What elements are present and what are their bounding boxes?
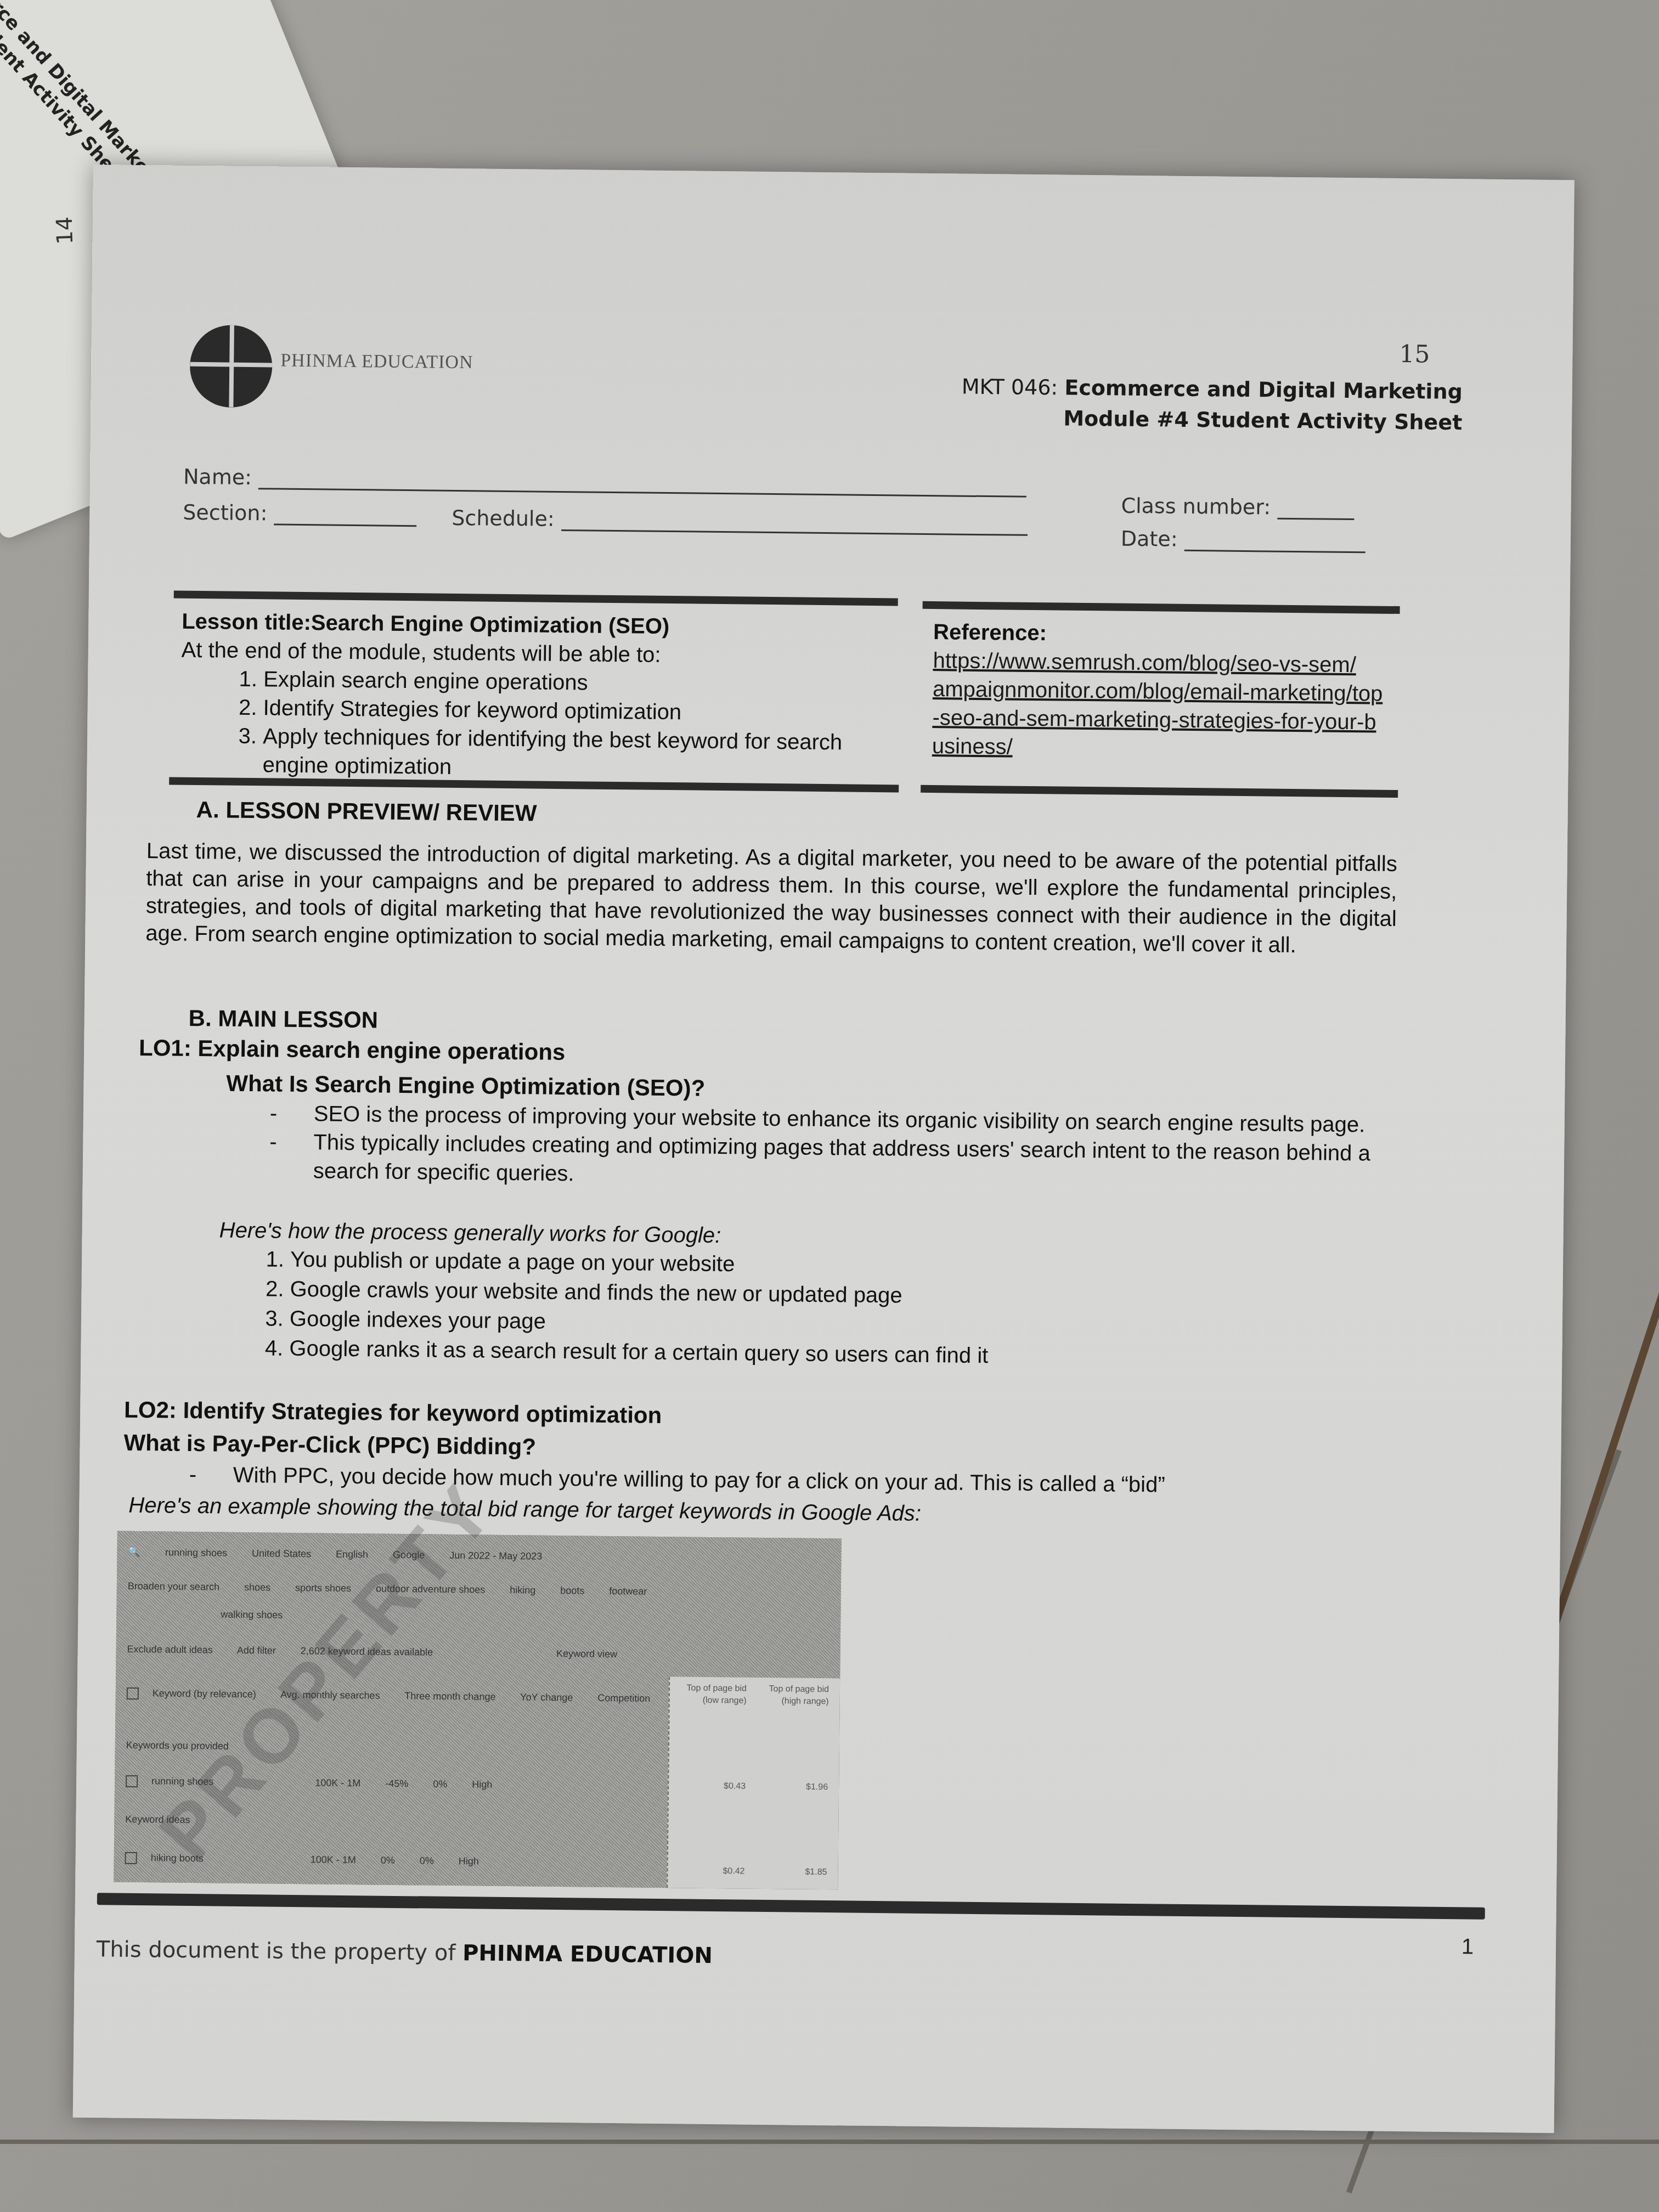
lo1-heading: LO1: Explain search engine operations [139,1035,566,1065]
bid-range-columns: Top of page bid (low range) Top of page … [667,1677,840,1889]
seo-question-heading: What Is Search Engine Optimization (SEO)… [226,1070,705,1102]
footer-text: This document is the property of [97,1937,456,1966]
refine-chips-row2: walking shoes [221,1609,304,1622]
phinma-logo-icon [189,325,273,408]
three-month-cell: 0% [381,1855,395,1866]
bid-low-header: Top of page bid (low range) [675,1682,747,1707]
section-b-heading: B. MAIN LESSON [188,1005,378,1034]
class-number-field[interactable]: Class number: [1121,494,1354,520]
competition-cell: High [472,1779,492,1790]
bid-high-header: Top of page bid (high range) [758,1683,829,1708]
section-field[interactable]: Section: [183,500,417,527]
reference-link[interactable]: https://www.semrush.com/blog/seo-vs-sem/ [933,646,1388,680]
bullet-item: This typically includes creating and opt… [269,1127,1395,1196]
handwritten-score: 14 [52,216,78,245]
class-number-blank[interactable] [1277,501,1354,520]
module-title: Module #4 Student Activity Sheet [1063,407,1462,435]
bid-high-value: $1.96 [757,1782,828,1792]
date-label: Date: [1121,527,1178,551]
example-intro: Here's an example showing the total bid … [128,1492,921,1527]
objective-item: Apply techniques for identifying the bes… [262,722,894,786]
checkbox-icon [126,1775,138,1787]
section-blank[interactable] [274,507,416,527]
date-blank[interactable] [1184,533,1365,553]
divider-bar [174,591,898,606]
column-header: Keyword (by relevance) [153,1688,256,1700]
ads-toolbar: 🔍 running shoes United States English Go… [128,1547,564,1562]
broaden-label: Broaden your search [128,1581,219,1593]
seo-bullets: SEO is the process of improving your web… [269,1099,1395,1196]
schedule-label: Schedule: [452,506,555,531]
reference-title: Reference: [933,618,1389,651]
name-blank[interactable] [258,471,1026,498]
refine-chip: shoes [244,1582,270,1593]
searches-cell: 100K - 1M [315,1777,360,1788]
ppc-question-heading: What is Pay-Per-Click (PPC) Bidding? [123,1430,536,1460]
ads-location: United States [252,1548,311,1559]
page-number: 1 [1462,1934,1474,1959]
course-title: Ecommerce and Digital Marketing [1064,376,1463,404]
schedule-blank[interactable] [561,513,1028,536]
ads-language: English [336,1549,368,1560]
bid-low-value: $0.43 [674,1781,746,1791]
search-icon: 🔍 [128,1547,140,1558]
refine-chip: boots [560,1585,584,1596]
yoy-cell: 0% [433,1779,447,1790]
yoy-cell: 0% [420,1855,434,1866]
lo2-heading: LO2: Identify Strategies for keyword opt… [124,1397,662,1429]
filter-chip: Exclude adult ideas [127,1644,213,1656]
keyword-row: hiking boots 100K - 1M 0% 0% High [125,1852,501,1868]
name-field[interactable]: Name: [183,465,1026,498]
class-number-label: Class number: [1121,494,1271,520]
searches-cell: 100K - 1M [311,1854,356,1865]
footer-brand: PHINMA EDUCATION [462,1940,713,1968]
lesson-preview-paragraph: Last time, we discussed the introduction… [145,837,1397,960]
section-label: Section: [183,500,267,526]
schedule-field[interactable]: Schedule: [452,506,1028,536]
footer-ownership: This document is the property of PHINMA … [97,1937,713,1968]
course-code: MKT 046: [962,375,1058,400]
keyword-view: Keyword view [556,1648,617,1660]
divider-bar [921,785,1398,798]
name-label: Name: [183,465,252,489]
column-header: Three month change [404,1690,495,1702]
refine-chip: hiking [510,1584,535,1595]
add-filter: Add filter [237,1645,276,1656]
checkbox-icon [127,1688,139,1700]
competition-cell: High [459,1855,479,1866]
logo-text: PHINMA EDUCATION [280,351,473,374]
handwritten-score: 15 [1399,340,1430,369]
refine-chip: walking shoes [221,1609,283,1621]
date-field[interactable]: Date: [1121,527,1365,554]
tile-grout [0,2140,1659,2144]
column-header: YoY change [520,1691,573,1703]
refine-chip: footwear [609,1585,647,1597]
divider-bar [923,601,1400,614]
bid-high-value: $1.85 [755,1867,827,1877]
activity-sheet-page: PHINMA EDUCATION 15 MKT 046: Ecommerce a… [73,165,1575,2133]
bid-low-value: $0.42 [673,1866,744,1876]
document-header: MKT 046: Ecommerce and Digital Marketing… [961,371,1463,438]
ads-search-value: running shoes [165,1547,227,1559]
three-month-cell: -45% [385,1778,408,1789]
objectives-list: Explain search engine operations Identif… [180,664,894,786]
google-process-steps: You publish or update a page on your web… [245,1244,989,1370]
checkbox-icon [125,1852,137,1864]
footer-divider [97,1893,1485,1919]
lesson-objectives-box: Lesson title:Search Engine Optimization … [180,607,895,786]
section-a-heading: A. LESSON PREVIEW/ REVIEW [196,797,537,826]
column-header: Competition [597,1692,650,1704]
reference-box: Reference: https://www.semrush.com/blog/… [932,618,1389,765]
reference-link[interactable]: ampaignmonitor.com/blog/email-marketing/… [932,675,1389,765]
column-headers: Keyword (by relevance) Avg. monthly sear… [127,1688,673,1706]
